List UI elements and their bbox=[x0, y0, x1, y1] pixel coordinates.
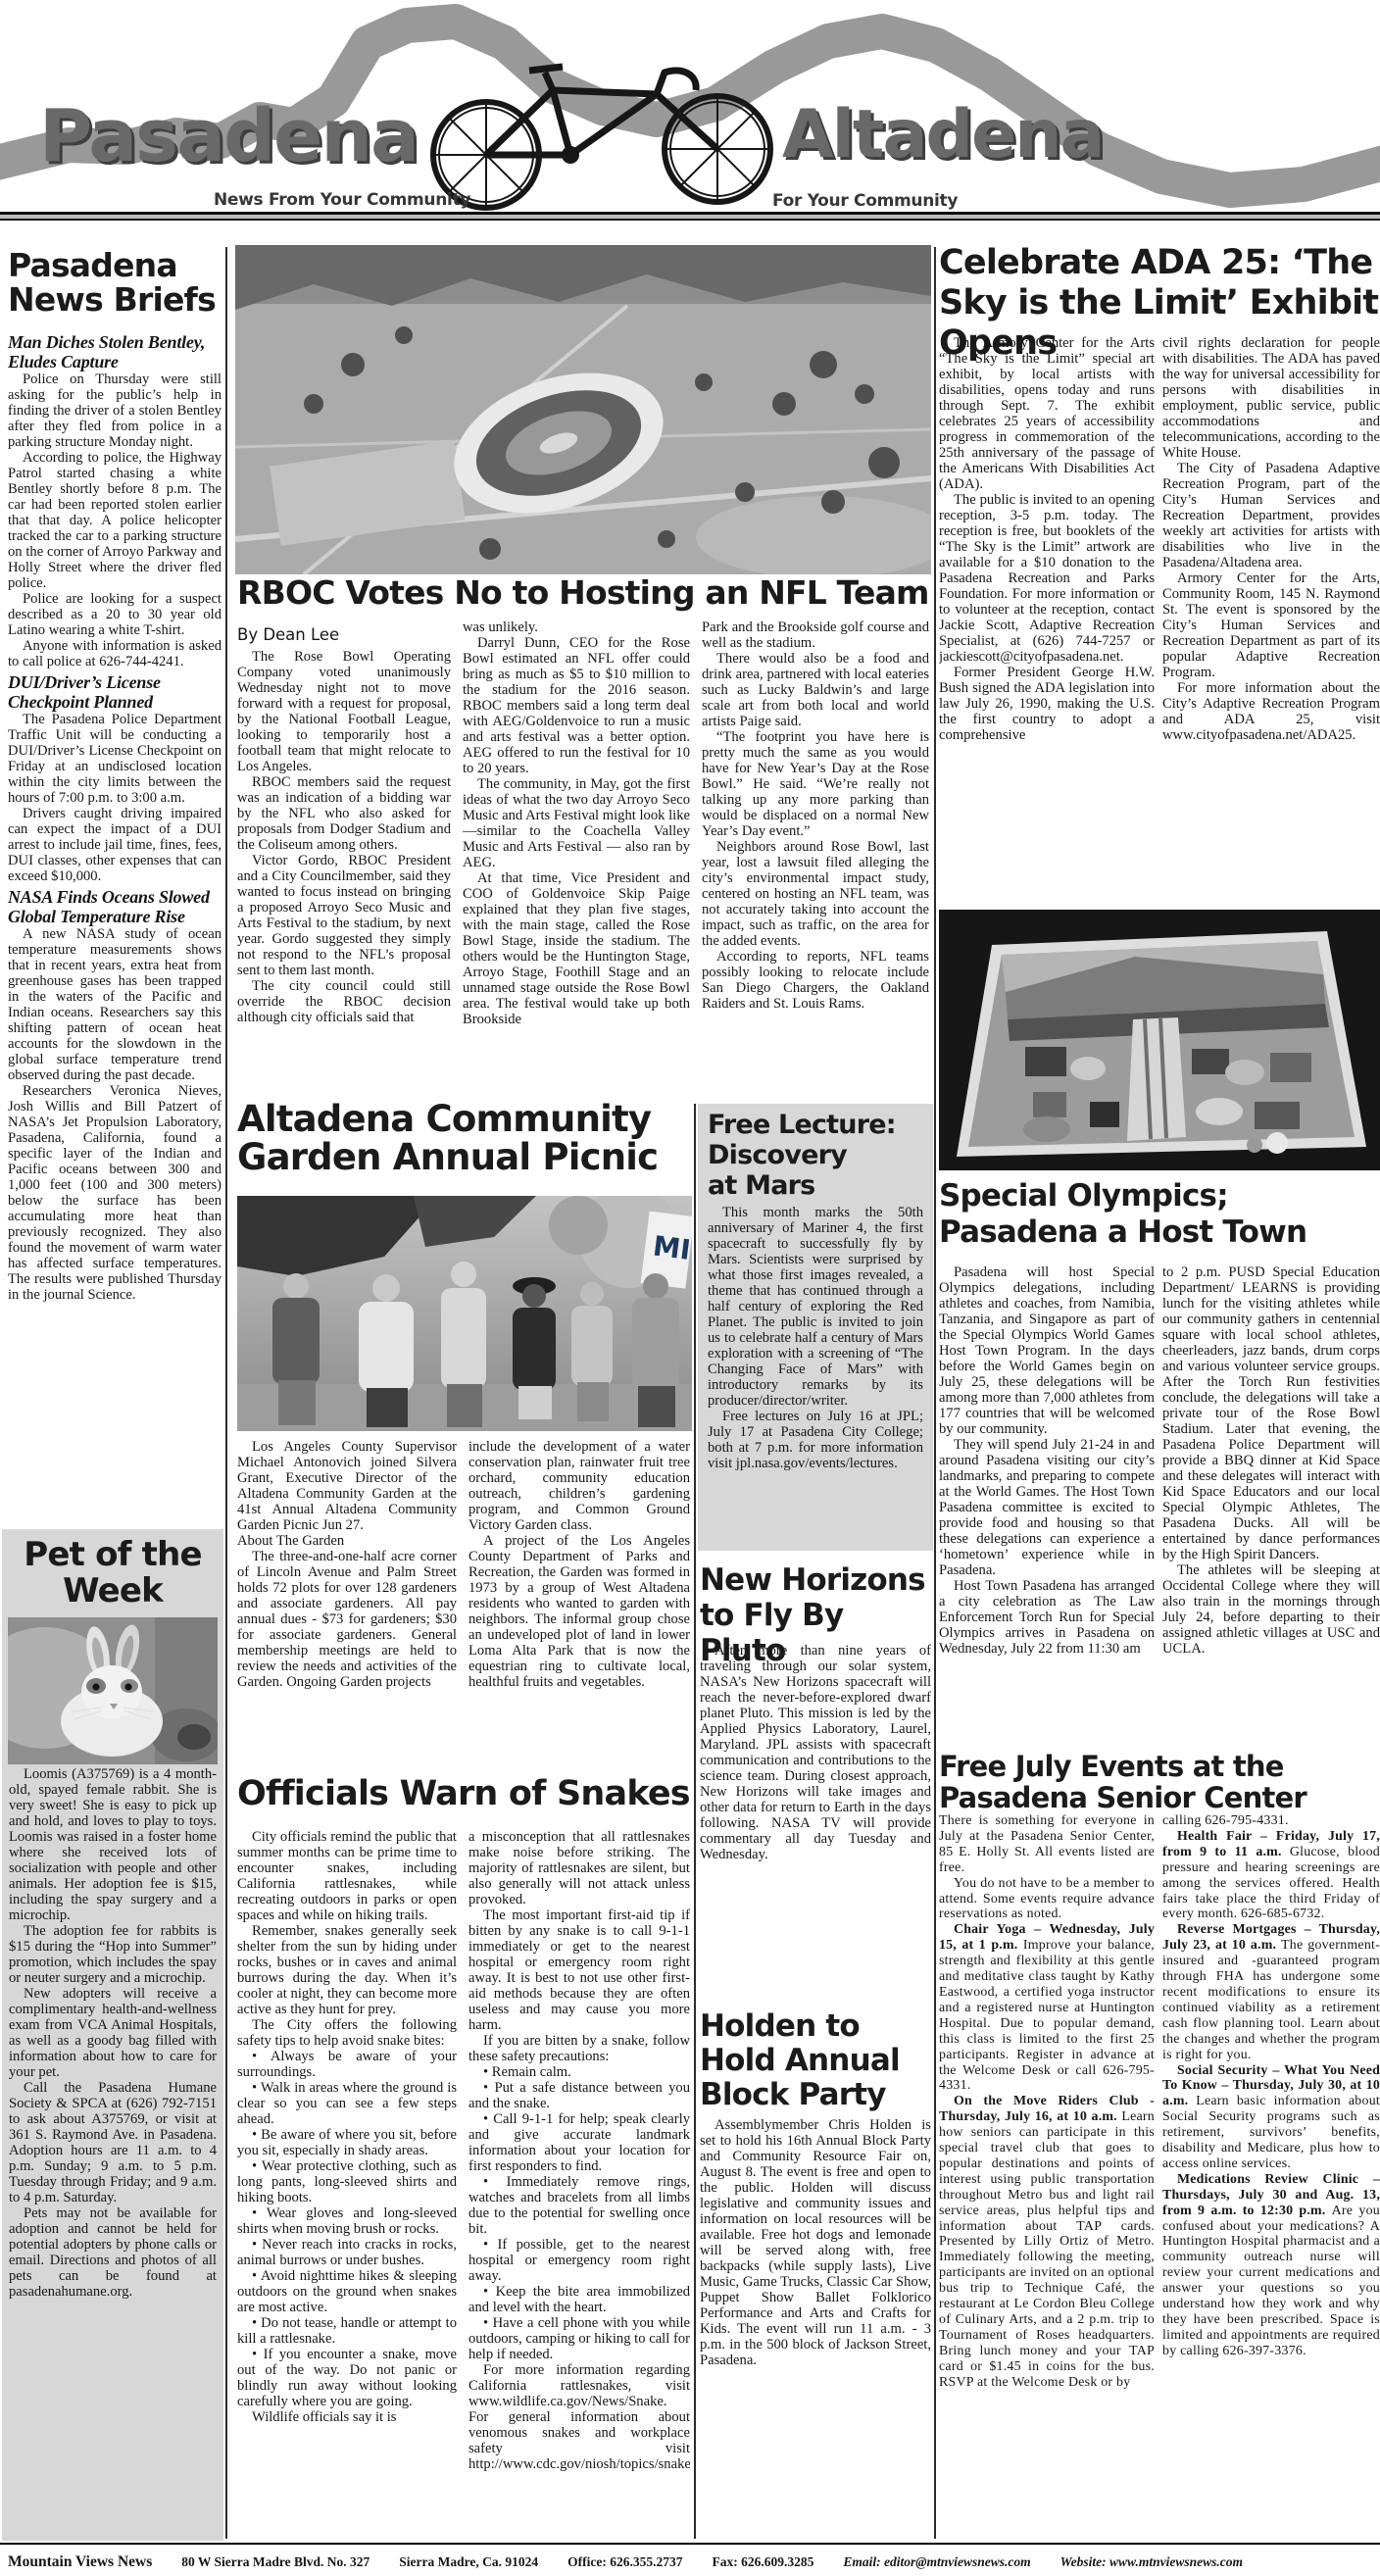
rboc-headline: RBOC Votes No to Hosting an NFL Team bbox=[237, 576, 933, 611]
block-party-headline: Holden toHold AnnualBlock Party bbox=[700, 2009, 933, 2112]
ada-column-1: The Armory Center for the Arts “The Sky … bbox=[939, 335, 1155, 908]
ada-artwork-photo bbox=[939, 910, 1380, 1170]
senior-center-column-1: There is something for everyone in July … bbox=[939, 1813, 1155, 2539]
senior-center-headline: Free July Events at the Pasadena Senior … bbox=[939, 1751, 1380, 1813]
footer: Mountain Views News 80 W Sierra Madre Bl… bbox=[0, 2543, 1380, 2576]
photo-sign-text: MI bbox=[651, 1229, 692, 1265]
column-rule-left bbox=[225, 247, 227, 2539]
senior-center-column-2: calling 626-795-4331.Health Fair – Frida… bbox=[1162, 1813, 1380, 2539]
footer-city: Sierra Madre, Ca. 91024 bbox=[399, 2554, 538, 2570]
special-olympics-column-1: Pasadena will host Special Olympics dele… bbox=[939, 1264, 1155, 1753]
footer-office-phone: Office: 626.355.2737 bbox=[567, 2554, 682, 2570]
newspaper-page: Pasadena Altadena News From Your Communi… bbox=[0, 0, 1380, 2576]
masthead-tagline-left: News From Your Community bbox=[214, 190, 470, 210]
snakes-column-1: City officials remind the public that su… bbox=[237, 1829, 457, 2539]
pet-of-week-body: Loomis (A375769) is a 4 month-old, spaye… bbox=[9, 1766, 217, 2533]
rose-bowl-aerial-photo bbox=[235, 245, 931, 574]
footer-email: Email: editor@mtnviewsnews.com bbox=[843, 2554, 1030, 2570]
news-briefs-body: Man Diches Stolen Bentley, Eludes Captur… bbox=[8, 329, 222, 1525]
special-olympics-headline: Special Olympics; Pasadena a Host Town bbox=[939, 1178, 1380, 1251]
free-lecture-body: This month marks the 50th anniversary of… bbox=[708, 1205, 923, 1544]
special-olympics-column-2: to 2 p.m. PUSD Special Education Departm… bbox=[1162, 1264, 1380, 1753]
rboc-byline: By Dean Lee bbox=[237, 625, 451, 644]
bicycle-icon bbox=[416, 37, 788, 223]
garden-column-1: Los Angeles County Supervisor Michael An… bbox=[237, 1439, 457, 1774]
rboc-column-2: was unlikely.Darryl Dunn, CEO for the Ro… bbox=[463, 619, 690, 1094]
block-party-body: Assemblymember Chris Holden is set to ho… bbox=[700, 2117, 931, 2539]
column-rule-right bbox=[934, 247, 936, 2539]
pet-rabbit-photo bbox=[8, 1617, 218, 1764]
news-briefs-headline: Pasadena News Briefs bbox=[8, 249, 225, 318]
pet-of-week-box: Pet of theWeek Loomis (A37576 bbox=[2, 1529, 223, 2541]
footer-address: 80 W Sierra Madre Blvd. No. 327 bbox=[181, 2554, 370, 2570]
masthead-title-pasadena: Pasadena bbox=[39, 94, 418, 178]
snakes-headline: Officials Warn of Snakes bbox=[237, 1776, 694, 1812]
footer-fax: Fax: 626.609.3285 bbox=[712, 2554, 813, 2570]
masthead-rule bbox=[0, 212, 1380, 221]
masthead-tagline-right: For Your Community bbox=[772, 191, 958, 211]
garden-headline: Altadena Community Garden Annual Picnic bbox=[237, 1100, 694, 1176]
pet-of-week-headline: Pet of theWeek bbox=[2, 1529, 223, 1610]
new-horizons-body: After more than nine years of traveling … bbox=[700, 1643, 931, 2007]
footer-website: Website: www.mtnviewsnews.com bbox=[1060, 2554, 1243, 2570]
masthead-title-altadena: Altadena bbox=[782, 96, 1103, 173]
free-lecture-box: Free Lecture:Discoveryat Mars This month… bbox=[698, 1104, 933, 1551]
footer-paper-name: Mountain Views News bbox=[8, 2553, 152, 2571]
ada-column-2: civil rights declaration for people with… bbox=[1162, 335, 1380, 908]
rboc-column-1: By Dean Lee The Rose Bowl Operating Comp… bbox=[237, 625, 451, 1094]
garden-column-2: include the development of a water conse… bbox=[468, 1439, 690, 1774]
rboc-column-3: Park and the Brookside golf course and w… bbox=[702, 619, 929, 1094]
snakes-column-2: a misconception that all rattlesnakes ma… bbox=[468, 1829, 690, 2539]
garden-picnic-photo: MI bbox=[237, 1196, 692, 1431]
free-lecture-headline: Free Lecture:Discoveryat Mars bbox=[708, 1110, 923, 1201]
column-rule-middle bbox=[694, 1104, 696, 2539]
